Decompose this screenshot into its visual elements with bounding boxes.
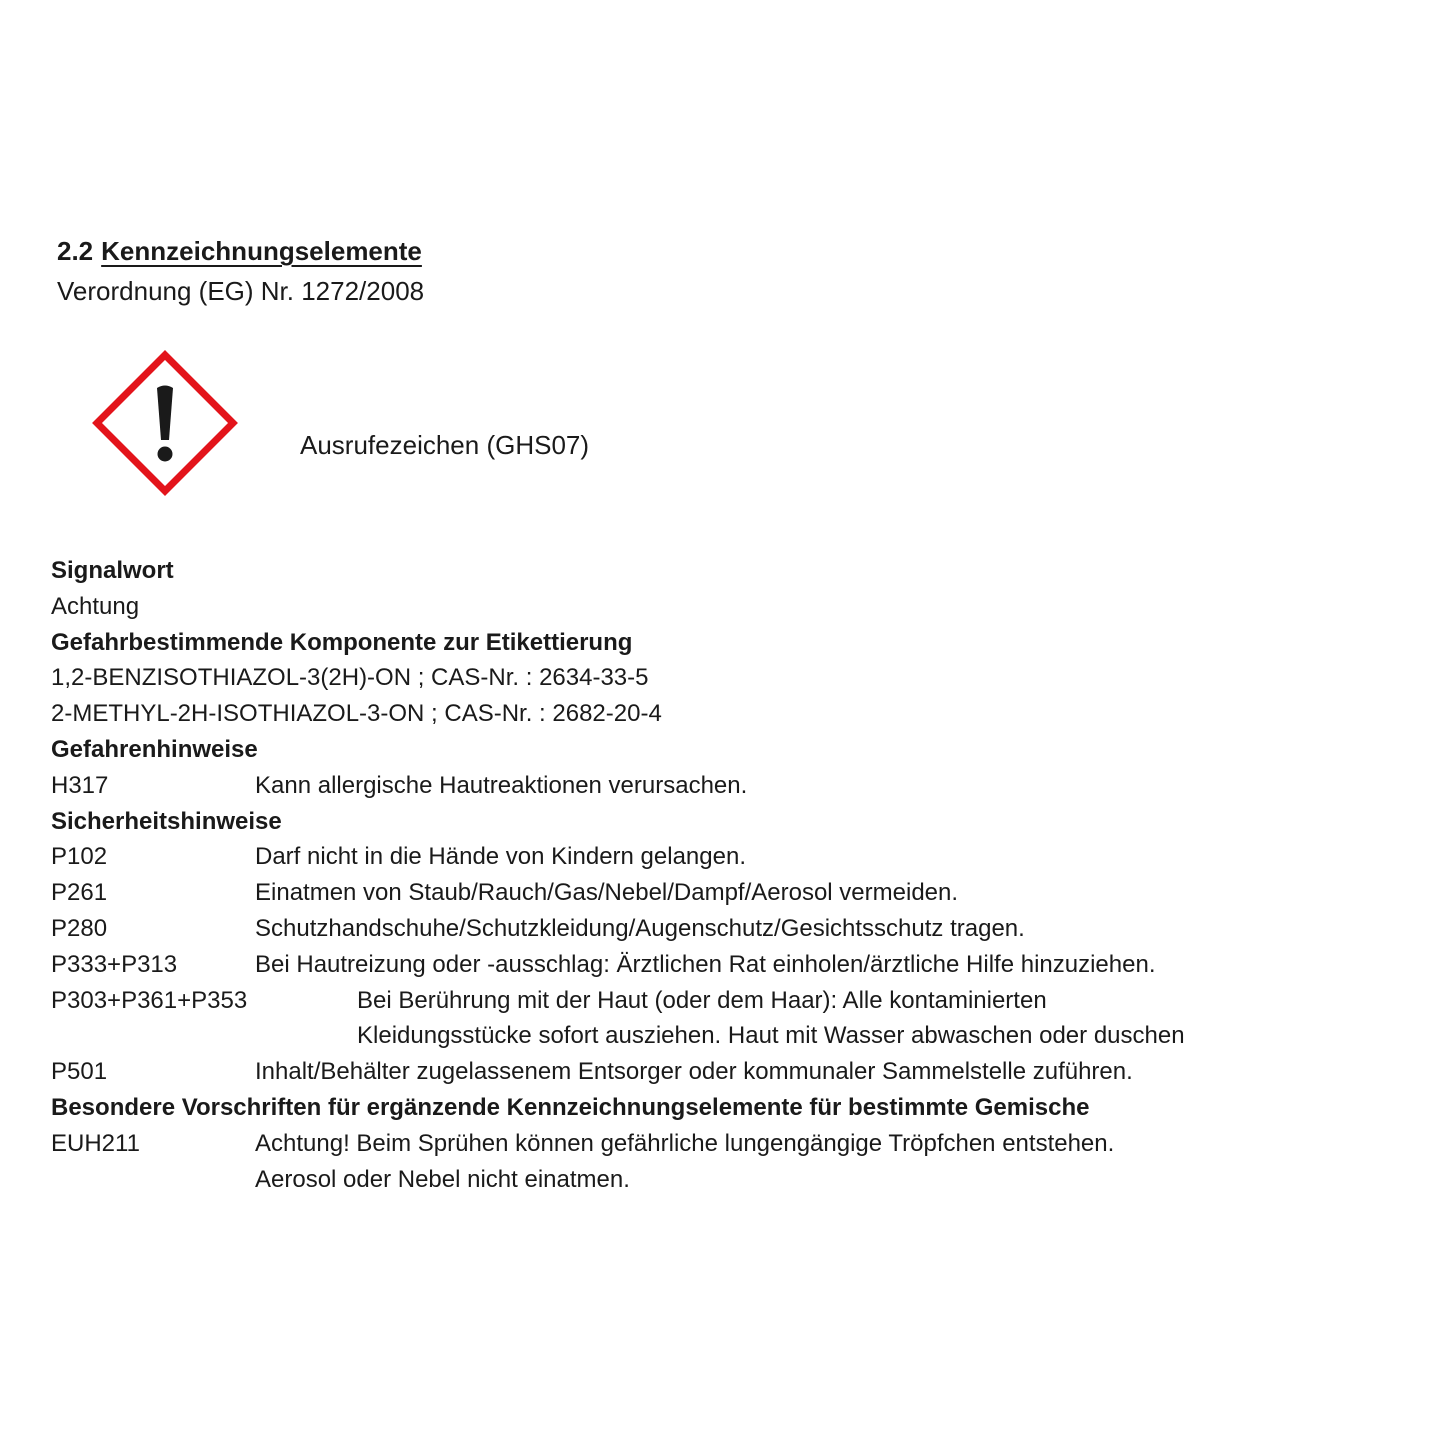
section-number: 2.2 bbox=[57, 236, 93, 266]
special-provisions-heading: Besondere Vorschriften für ergänzende Ke… bbox=[51, 1090, 1089, 1126]
label-elements-list: Signalwort Achtung Gefahrbestimmende Kom… bbox=[51, 553, 1089, 1197]
precautionary-statement-row: P102 Darf nicht in die Hände von Kindern… bbox=[51, 839, 1089, 875]
hazard-statements-heading: Gefahrenhinweise bbox=[51, 732, 1089, 768]
section-title: Kennzeichnungselemente bbox=[101, 236, 422, 266]
statement-code: P501 bbox=[51, 1054, 107, 1090]
statement-text-continuation: Kleidungsstücke sofort ausziehen. Haut m… bbox=[357, 1018, 1185, 1054]
statement-code: P102 bbox=[51, 839, 107, 875]
statement-code: P261 bbox=[51, 875, 107, 911]
statement-text: Bei Berührung mit der Haut (oder dem Haa… bbox=[357, 983, 1047, 1019]
component-item: 2-METHYL-2H-ISOTHIAZOL-3-ON ; CAS-Nr. : … bbox=[51, 696, 1089, 732]
statement-code: EUH211 bbox=[51, 1126, 140, 1162]
component-item: 1,2-BENZISOTHIAZOL-3(2H)-ON ; CAS-Nr. : … bbox=[51, 660, 1089, 696]
signal-word-value: Achtung bbox=[51, 589, 1089, 625]
precautionary-statement-row: P261 Einatmen von Staub/Rauch/Gas/Nebel/… bbox=[51, 875, 1089, 911]
statement-code: P333+P313 bbox=[51, 947, 177, 983]
statement-code: H317 bbox=[51, 768, 108, 804]
special-provision-row: EUH211 Achtung! Beim Sprühen können gefä… bbox=[51, 1126, 1089, 1162]
statement-text: Bei Hautreizung oder -ausschlag: Ärztlic… bbox=[255, 947, 1156, 983]
statement-text: Inhalt/Behälter zugelassenem Entsorger o… bbox=[255, 1054, 1133, 1090]
precautionary-statement-row: P333+P313 Bei Hautreizung oder -ausschla… bbox=[51, 947, 1089, 983]
hazard-statement-row: H317 Kann allergische Hautreaktionen ver… bbox=[51, 768, 1089, 804]
regulation-reference: Verordnung (EG) Nr. 1272/2008 bbox=[57, 274, 424, 308]
precautionary-statement-row: P501 Inhalt/Behälter zugelassenem Entsor… bbox=[51, 1054, 1089, 1090]
section-heading: 2.2Kennzeichnungselemente bbox=[57, 234, 422, 268]
ghs07-exclamation-mark-icon bbox=[92, 350, 238, 496]
signal-word-heading: Signalwort bbox=[51, 553, 1089, 589]
components-heading: Gefahrbestimmende Komponente zur Etikett… bbox=[51, 625, 1089, 661]
statement-code: P303+P361+P353 bbox=[51, 983, 247, 1019]
precautionary-statement-row: P280 Schutzhandschuhe/Schutzkleidung/Aug… bbox=[51, 911, 1089, 947]
statement-code: P280 bbox=[51, 911, 107, 947]
statement-text-continuation: Aerosol oder Nebel nicht einatmen. bbox=[255, 1162, 630, 1198]
statement-text: Achtung! Beim Sprühen können gefährliche… bbox=[255, 1126, 1114, 1162]
statement-text: Darf nicht in die Hände von Kindern gela… bbox=[255, 839, 746, 875]
pictogram-label: Ausrufezeichen (GHS07) bbox=[300, 428, 589, 462]
precautionary-statement-continuation: Kleidungsstücke sofort ausziehen. Haut m… bbox=[51, 1018, 1089, 1054]
statement-text: Schutzhandschuhe/Schutzkleidung/Augensch… bbox=[255, 911, 1025, 947]
precautionary-statements-heading: Sicherheitshinweise bbox=[51, 804, 1089, 840]
statement-text: Kann allergische Hautreaktionen verursac… bbox=[255, 768, 747, 804]
precautionary-statement-row: P303+P361+P353 Bei Berührung mit der Hau… bbox=[51, 983, 1089, 1019]
special-provision-continuation: Aerosol oder Nebel nicht einatmen. bbox=[51, 1162, 1089, 1198]
statement-text: Einatmen von Staub/Rauch/Gas/Nebel/Dampf… bbox=[255, 875, 958, 911]
